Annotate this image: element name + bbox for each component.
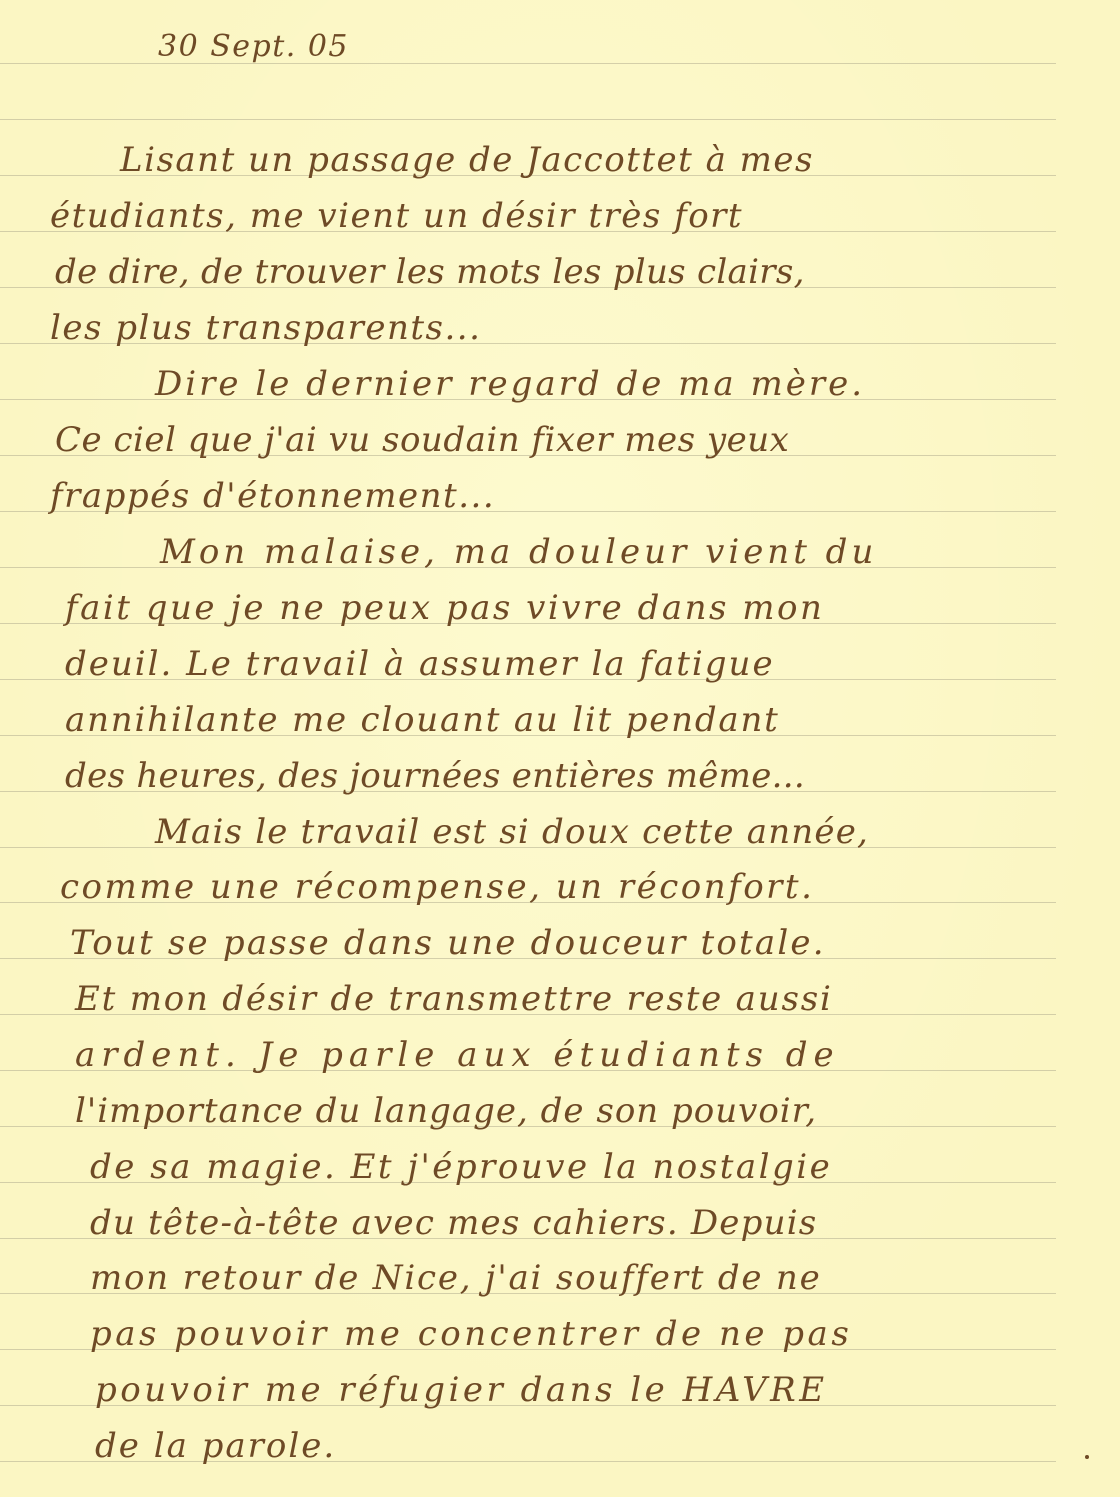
entry-date: 30 Sept. 05 (158, 32, 349, 62)
text-line: Et mon désir de transmettre reste aussi (75, 982, 833, 1016)
text-line: Lisant un passage de Jaccottet à mes (120, 143, 814, 177)
text-line: l'importance du langage, de son pouvoir, (75, 1094, 817, 1128)
text-line: Tout se passe dans une douceur totale. (70, 926, 826, 960)
ruled-line (0, 119, 1056, 120)
text-line: pouvoir me réfugier dans le HAVRE (95, 1373, 828, 1407)
text-line: des heures, des journées entières même..… (65, 759, 805, 793)
text-line: Ce ciel que j'ai vu soudain fixer mes ye… (55, 423, 789, 457)
text-line: du tête-à-tête avec mes cahiers. Depuis (90, 1206, 817, 1240)
text-line: de la parole. (95, 1429, 336, 1463)
text-line: deuil. Le travail à assumer la fatigue (65, 647, 775, 681)
text-line: comme une récompense, un réconfort. (60, 870, 814, 904)
text-line: de sa magie. Et j'éprouve la nostalgie (90, 1150, 832, 1184)
text-line: de dire, de trouver les mots les plus cl… (55, 255, 805, 289)
text-line: fait que je ne peux pas vivre dans mon (65, 591, 824, 625)
text-line: frappés d'étonnement... (50, 479, 495, 513)
notebook-page: 30 Sept. 05 Lisant un passage de Jaccott… (0, 0, 1120, 1497)
text-line: étudiants, me vient un désir très fort (50, 199, 743, 233)
text-line: pas pouvoir me concentrer de ne pas (90, 1317, 852, 1351)
text-line: les plus transparents... (50, 311, 481, 345)
text-line: ardent. Je parle aux étudiants de (75, 1038, 840, 1072)
text-line: mon retour de Nice, j'ai souffert de ne (90, 1261, 822, 1295)
text-line: annihilante me clouant au lit pendant (65, 703, 780, 737)
ink-dot (1085, 1455, 1089, 1459)
text-line: Mon malaise, ma douleur vient du (160, 535, 877, 569)
text-line: Dire le dernier regard de ma mère. (155, 367, 865, 401)
text-line: Mais le travail est si doux cette année, (155, 815, 869, 849)
